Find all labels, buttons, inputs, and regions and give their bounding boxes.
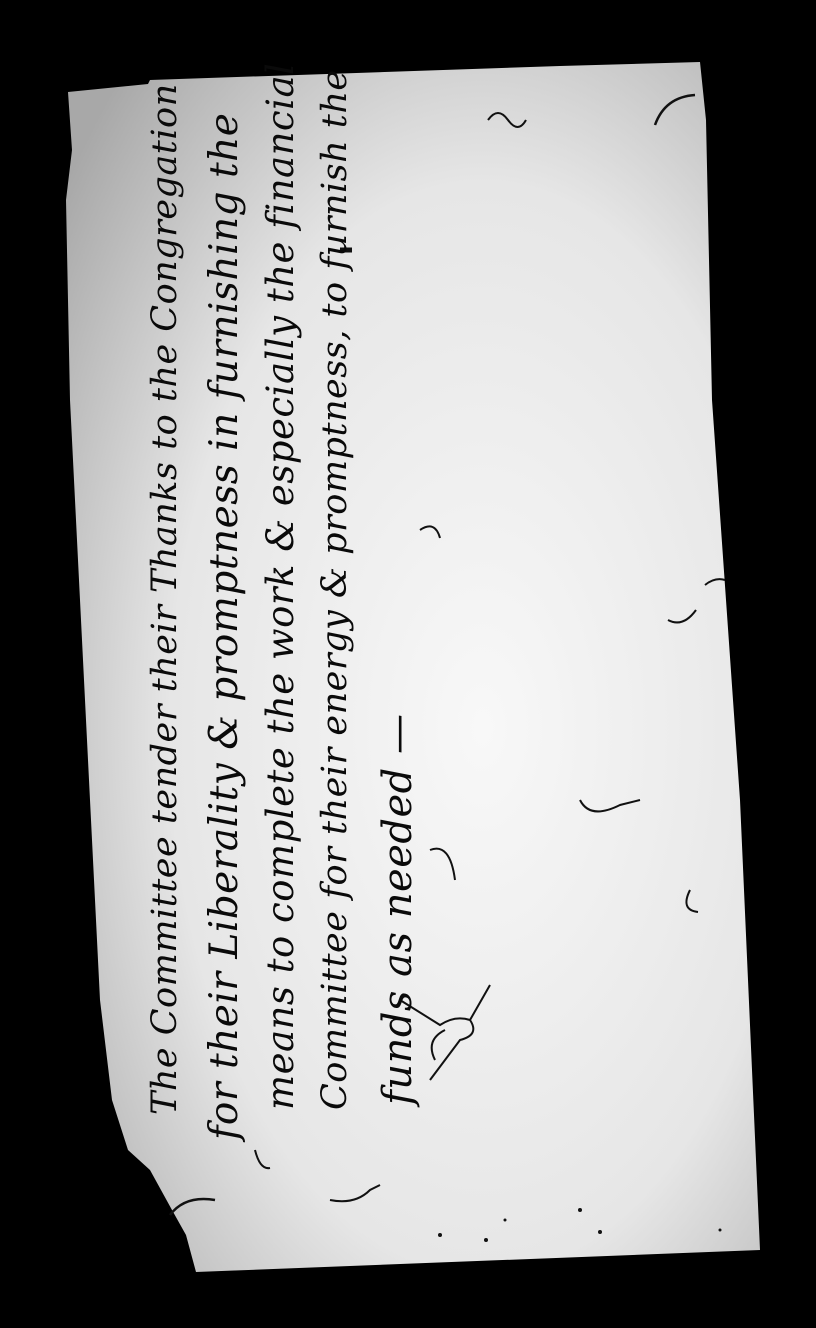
text-line-5: funds as needed — <box>378 714 418 1105</box>
text-line-4: Committee for their energy & promptness,… <box>318 69 353 1110</box>
text-line-1: The Committee tender their Thanks to the… <box>148 83 183 1115</box>
handwritten-text: The Committee tender their Thanks to the… <box>0 0 816 1328</box>
text-line-2: for their Liberality & promptness in fur… <box>205 113 244 1140</box>
text-line-3: means to complete the work & especially … <box>262 63 299 1110</box>
